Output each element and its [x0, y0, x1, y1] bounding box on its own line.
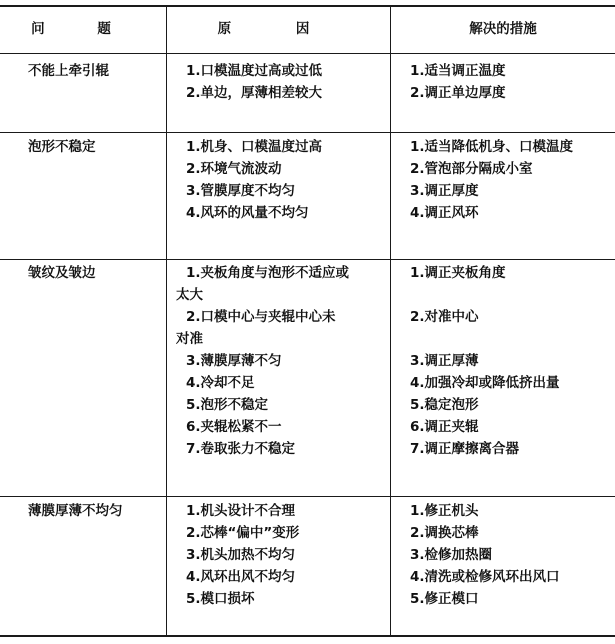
- solution-spacer: [410, 284, 560, 306]
- cause-item: 2.环境气流波动: [186, 158, 322, 180]
- solution-item: 7.调正摩擦离合器: [410, 438, 560, 460]
- solution-item: 3.调正厚薄: [410, 350, 560, 372]
- row1-causes: 1.口模温度过高或过低 2.单边，厚薄相差较大: [186, 60, 322, 104]
- row1-solutions: 1.适当调正温度 2.调正单边厚度: [410, 60, 506, 104]
- cause-item: 2.单边，厚薄相差较大: [186, 82, 322, 104]
- row3-problem: 皱纹及皱边: [28, 262, 96, 284]
- problem-text: 不能上牵引辊: [28, 60, 109, 82]
- row2-solutions: 1.适当降低机身、口模温度 2.管泡部分隔成小室 3.调正厚度 4.调正风环: [410, 136, 573, 224]
- solution-item: 5.修正模口: [410, 588, 560, 610]
- solution-item: 2.对准中心: [410, 306, 560, 328]
- problem-text: 皱纹及皱边: [28, 262, 96, 284]
- solution-item: 1.适当调正温度: [410, 60, 506, 82]
- cause-item: 5.模口损坏: [186, 588, 299, 610]
- solution-item: 3.检修加热圈: [410, 544, 560, 566]
- solution-item: 2.调正单边厚度: [410, 82, 506, 104]
- cause-item: 2.芯棒“偏中”变形: [186, 522, 299, 544]
- row-divider-1: [0, 132, 615, 133]
- solution-item: 4.加强冷却或降低挤出量: [410, 372, 560, 394]
- solution-item: 4.清洗或检修风环出风口: [410, 566, 560, 588]
- row4-causes: 1.机头设计不合理 2.芯棒“偏中”变形 3.机头加热不均匀 4.风环出风不均匀…: [186, 500, 299, 610]
- solution-item: 2.调换芯棒: [410, 522, 560, 544]
- row4-problem: 薄膜厚薄不均匀: [28, 500, 123, 522]
- header-cause-label: 原 因: [218, 21, 340, 37]
- solution-item: 5.稳定泡形: [410, 394, 560, 416]
- cause-item: 2.口模中心与夹辊中心未: [176, 306, 349, 328]
- cause-item: 3.薄膜厚薄不匀: [176, 350, 349, 372]
- table-bottom-rule: [0, 635, 615, 637]
- header-problem-label: 问 题: [31, 21, 135, 37]
- cause-item: 1.夹板角度与泡形不适应或: [176, 262, 349, 284]
- row1-problem: 不能上牵引辊: [28, 60, 109, 82]
- solution-item: 3.调正厚度: [410, 180, 573, 202]
- row-divider-2: [0, 259, 615, 260]
- cause-item-continuation: 太大: [176, 284, 349, 306]
- cause-item: 3.机头加热不均匀: [186, 544, 299, 566]
- cause-item: 3.管膜厚度不均匀: [186, 180, 322, 202]
- solution-item: 1.修正机头: [410, 500, 560, 522]
- header-problem: 问 题: [0, 18, 166, 40]
- problem-text: 薄膜厚薄不均匀: [28, 500, 123, 522]
- cause-item: 4.风环的风量不均匀: [186, 202, 322, 224]
- problem-text: 泡形不稳定: [28, 136, 96, 158]
- row3-solutions: 1.调正夹板角度 2.对准中心 3.调正厚薄 4.加强冷却或降低挤出量 5.稳定…: [410, 262, 560, 460]
- row-divider-3: [0, 496, 615, 497]
- cause-item: 1.口模温度过高或过低: [186, 60, 322, 82]
- row2-causes: 1.机身、口模温度过高 2.环境气流波动 3.管膜厚度不均匀 4.风环的风量不均…: [186, 136, 322, 224]
- cause-item: 6.夹辊松紧不一: [176, 416, 349, 438]
- cause-item: 5.泡形不稳定: [176, 394, 349, 416]
- row2-problem: 泡形不稳定: [28, 136, 96, 158]
- solution-item: 1.调正夹板角度: [410, 262, 560, 284]
- solution-item: 4.调正风环: [410, 202, 573, 224]
- header-solution: 解决的措施: [391, 18, 615, 40]
- header-cause: 原 因: [167, 18, 390, 40]
- cause-item: 1.机头设计不合理: [186, 500, 299, 522]
- cause-item: 4.冷却不足: [176, 372, 349, 394]
- column-separator-2: [390, 6, 391, 636]
- cause-item-continuation: 对准: [176, 328, 349, 350]
- cause-item: 4.风环出风不均匀: [186, 566, 299, 588]
- header-bottom-rule: [0, 53, 615, 54]
- cause-item: 1.机身、口模温度过高: [186, 136, 322, 158]
- solution-item: 6.调正夹辊: [410, 416, 560, 438]
- solution-spacer: [410, 328, 560, 350]
- table-top-rule: [0, 5, 615, 7]
- header-solution-label: 解决的措施: [469, 21, 537, 37]
- cause-item: 7.卷取张力不稳定: [176, 438, 349, 460]
- solution-item: 1.适当降低机身、口模温度: [410, 136, 573, 158]
- row4-solutions: 1.修正机头 2.调换芯棒 3.检修加热圈 4.清洗或检修风环出风口 5.修正模…: [410, 500, 560, 610]
- solution-item: 2.管泡部分隔成小室: [410, 158, 573, 180]
- column-separator-1: [166, 6, 167, 636]
- row3-causes: 1.夹板角度与泡形不适应或 太大 2.口模中心与夹辊中心未 对准 3.薄膜厚薄不…: [176, 262, 349, 460]
